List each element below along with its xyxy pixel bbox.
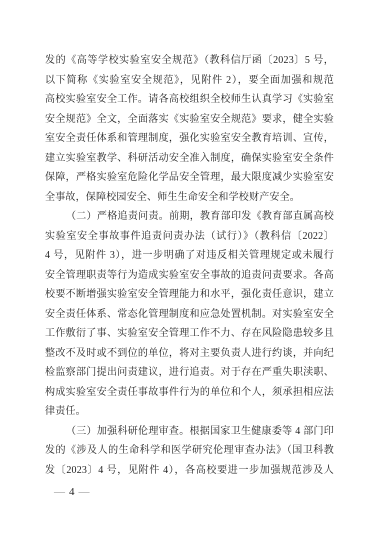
page-number-dash-left: — [54, 486, 65, 498]
text-line: 工作敷衍了事、实验室安全管理工作不力、存在风险隐患较多且 [45, 324, 334, 344]
page-number-value: 4 [69, 486, 75, 498]
text-line: 律责任。 [45, 402, 334, 422]
text-line: 保障，严格实验室危险化学品安全管理，最大限度减少实验室安 [45, 168, 334, 188]
document-page: 发的《高等学校实验室安全规范》（教科信厅函〔2023〕5 号， 以下简称《实验室… [0, 0, 377, 543]
text-line: （二）严格追责问责。前期，教育部印发《教育部直属高校 [45, 207, 334, 227]
text-line: 构成实验室安全责任事故事件行为的单位和个人，须承担相应法 [45, 383, 334, 403]
text-line: 4 号，见附件 3），进一步明确了对违反相关管理规定或未履行 [45, 246, 334, 266]
text-line: 整改不及时或不到位的单位，将对主要负责人进行约谈，并向纪 [45, 344, 334, 364]
paragraph-section-3: （三）加强科研伦理审查。根据国家卫生健康委等 4 部门印 发的《涉及人的生命科学… [45, 422, 334, 481]
text-line: 发的《高等学校实验室安全规范》（教科信厅函〔2023〕5 号， [45, 51, 334, 71]
text-line: 高校实验室安全工作。请各高校组织全校师生认真学习《实验室 [45, 90, 334, 110]
text-line: 安全责任体系、常态化管理制度和应急处置机制。对实验室安全 [45, 305, 334, 325]
paragraph-continued: 发的《高等学校实验室安全规范》（教科信厅函〔2023〕5 号， 以下简称《实验室… [45, 51, 334, 207]
text-line: 发的《涉及人的生命科学和医学研究伦理审查办法》（国卫科教 [45, 441, 334, 461]
document-body: 发的《高等学校实验室安全规范》（教科信厅函〔2023〕5 号， 以下简称《实验室… [45, 51, 334, 480]
text-line: 建立实验室教学、科研活动安全准入制度，确保实验室安全条件 [45, 149, 334, 169]
text-line: 以下简称《实验室安全规范》，见附件 2），要全面加强和规范 [45, 71, 334, 91]
text-line: 发〔2023〕4 号，见附件 4），各高校要进一步加强规范涉及人 [45, 461, 334, 481]
text-line: 安全规范》全文，全面落实《实验室安全规范》要求，健全实验 [45, 110, 334, 130]
text-line: 室安全责任体系和管理制度，强化实验室安全教育培训、宣传， [45, 129, 334, 149]
text-line: 安全管理职责等行为造成实验室安全事故的追责问责要求。各高 [45, 266, 334, 286]
page-number: —4— [54, 485, 90, 499]
text-line: 全事故，保障校园安全、师生生命安全和学校财产安全。 [45, 188, 334, 208]
paragraph-section-2: （二）严格追责问责。前期，教育部印发《教育部直属高校 实验室安全事故事件追责问责… [45, 207, 334, 422]
text-line: （三）加强科研伦理审查。根据国家卫生健康委等 4 部门印 [45, 422, 334, 442]
page-number-dash-right: — [79, 486, 90, 498]
text-line: 检监察部门提出问责建议，进行追责。对于存在严重失职渎职、 [45, 363, 334, 383]
text-line: 校要不断增强实验室安全管理能力和水平，强化责任意识，建立 [45, 285, 334, 305]
text-line: 实验室安全事故事件追责问责办法（试行）》（教科信〔2022〕 [45, 227, 334, 247]
